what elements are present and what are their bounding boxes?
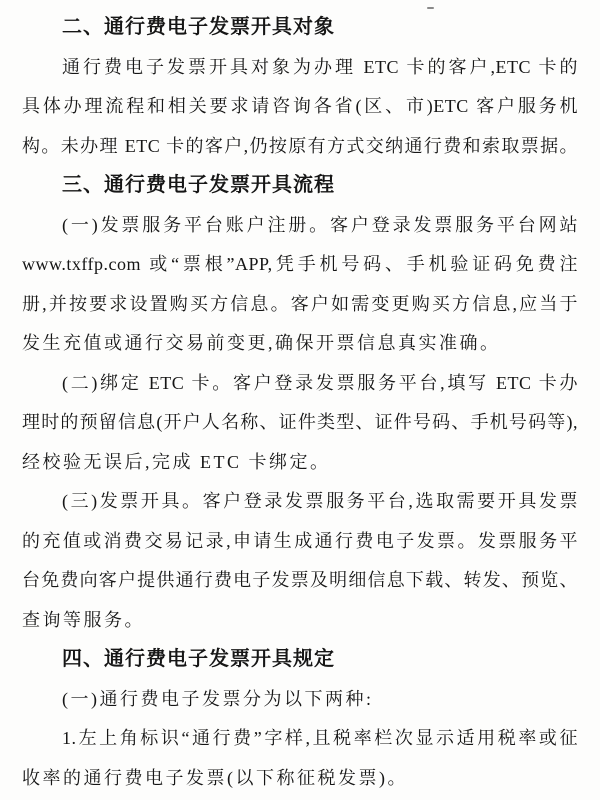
text-line: (一)发票服务平台账户注册。客户登录发票服务平台网站 <box>22 206 578 246</box>
text-line: 经校验无误后,完成 ETC 卡绑定。 <box>22 443 578 483</box>
text-line: 收率的通行费电子发票(以下称征税发票)。 <box>22 759 578 799</box>
text-line: 发生充值或通行交易前变更,确保开票信息真实准确。 <box>22 324 578 364</box>
text-line: (三)发票开具。客户登录发票服务平台,选取需要开具发票 <box>22 482 578 522</box>
text-line: 构。未办理 ETC 卡的客户,仍按原有方式交纳通行费和索取票据。 <box>22 127 578 167</box>
scan-speck <box>427 7 434 9</box>
text-line: 台免费向客户提供通行费电子发票及明细信息下载、转发、预览、 <box>22 561 578 601</box>
text-line: 具体办理流程和相关要求请咨询各省(区、市)ETC 客户服务机 <box>22 87 578 127</box>
text-line: 理时的预留信息(开户人名称、证件类型、证件号码、手机号码等), <box>22 403 578 443</box>
section-heading: 三、通行费电子发票开具流程 <box>22 166 578 206</box>
text-line: www.txffp.com 或“票根”APP,凭手机号码、手机验证码免费注 <box>22 245 578 285</box>
text-line: 查询等服务。 <box>22 601 578 641</box>
text-line: (一)通行费电子发票分为以下两种: <box>22 680 578 720</box>
text-line: 的充值或消费交易记录,申请生成通行费电子发票。发票服务平 <box>22 522 578 562</box>
text-line: 1.左上角标识“通行费”字样,且税率栏次显示适用税率或征 <box>22 719 578 759</box>
section-heading: 二、通行费电子发票开具对象 <box>22 8 578 48</box>
text-line: 册,并按要求设置购买方信息。客户如需变更购买方信息,应当于 <box>22 285 578 325</box>
section-heading: 四、通行费电子发票开具规定 <box>22 640 578 680</box>
text-line: 通行费电子发票开具对象为办理 ETC 卡的客户,ETC 卡的 <box>22 48 578 88</box>
text-line: (二)绑定 ETC 卡。客户登录发票服务平台,填写 ETC 卡办 <box>22 364 578 404</box>
document-page: 二、通行费电子发票开具对象 通行费电子发票开具对象为办理 ETC 卡的客户,ET… <box>0 0 600 800</box>
